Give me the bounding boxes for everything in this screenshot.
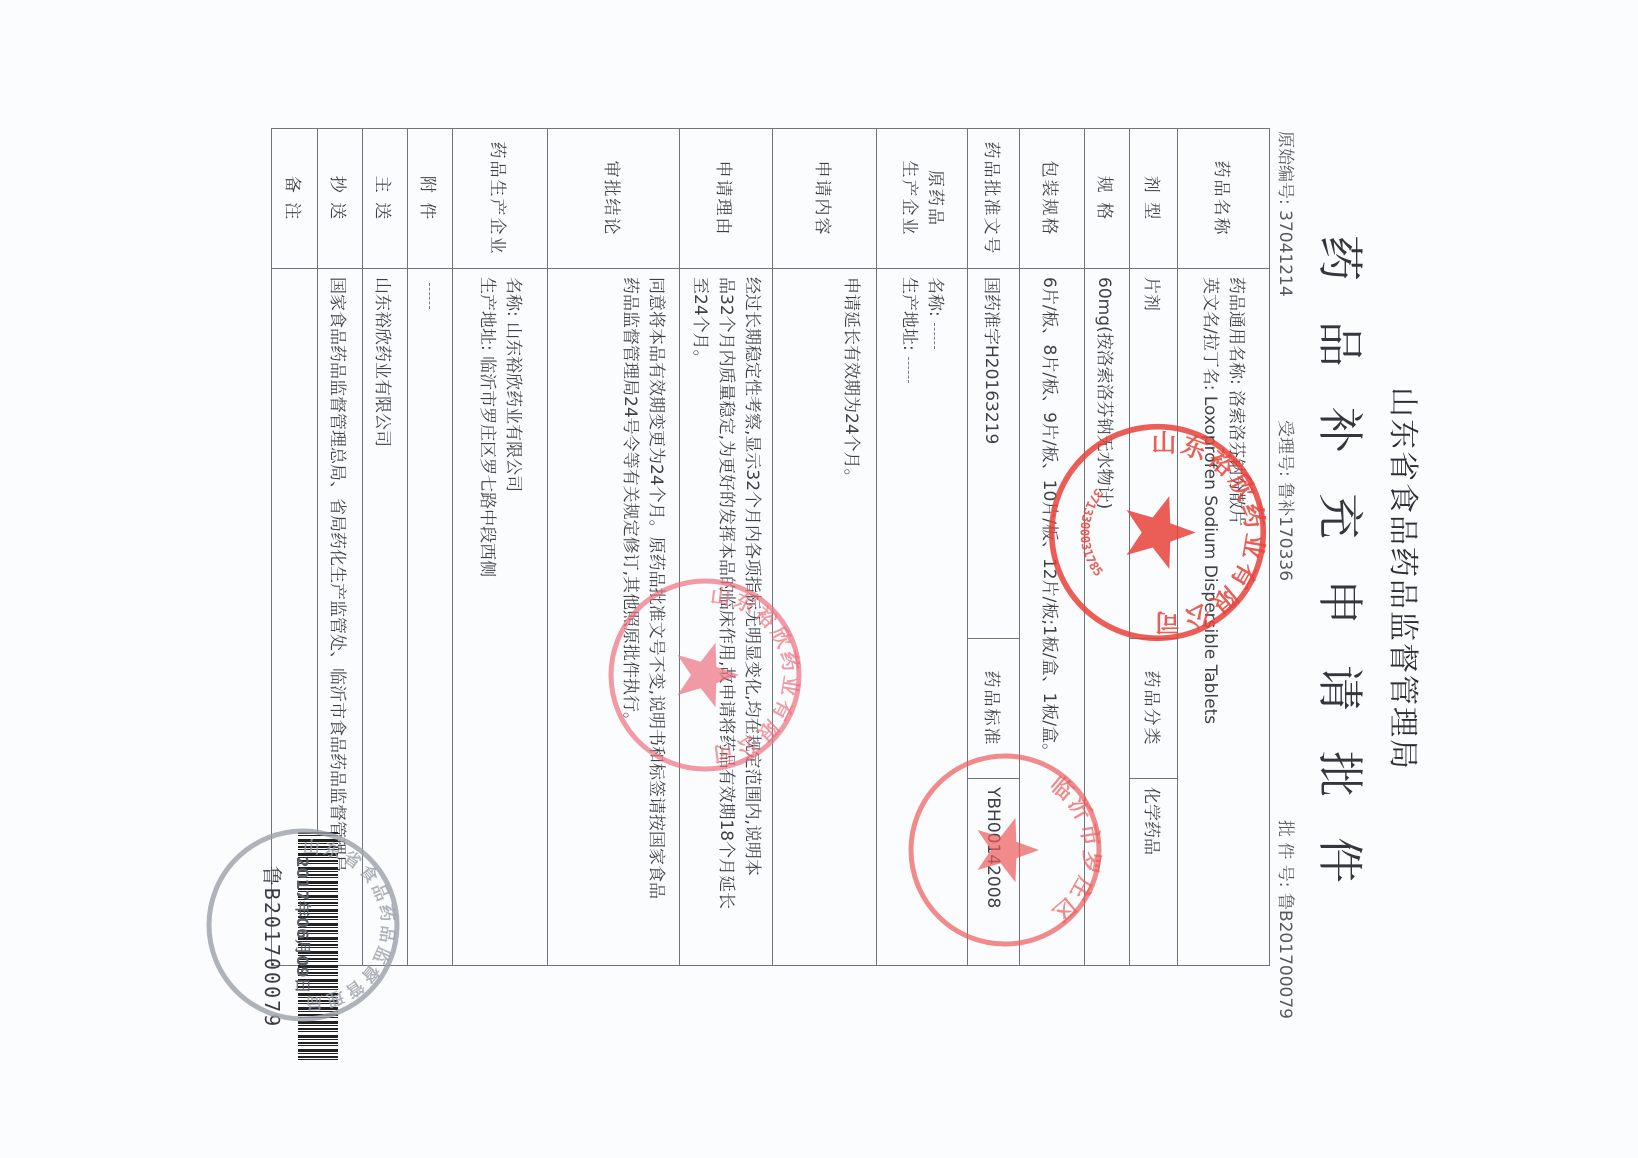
conclusion-value: 同意将本品有效期变更为24个月。原药品批准文号不变,说明书和标签请按国家食品 药…: [548, 269, 680, 966]
generic-name: 药品通用名称: 洛索洛芬钠分散片: [1224, 277, 1250, 957]
issuing-agency: 山东省食品药品监督管理局: [1384, 0, 1428, 1158]
original-number: 原始编号: 37041214: [1275, 131, 1300, 297]
label-remarks: 备 注: [272, 129, 318, 269]
label-main-recipient: 主 送: [363, 129, 408, 269]
approval-table: 药品名称 药品通用名称: 洛索洛芬钠分散片 英文名/拉丁名: Loxoprofe…: [271, 128, 1270, 966]
main-recipient-value: 山东裕欣药业有限公司: [363, 269, 408, 966]
label-drug-name: 药品名称: [1178, 129, 1270, 269]
label-conclusion: 审批结论: [548, 129, 680, 269]
attachment-value: [408, 269, 453, 966]
packaging-value: 6片/板、8片/板、9片/板、10片/板、12片/板;1板/盒、1板/盒。: [1020, 269, 1085, 966]
api-address: 生产地址:: [896, 277, 922, 957]
label-api-manufacturer: 原药品 生产企业: [877, 129, 968, 269]
manufacturer-address: 生产地址: 临沂市罗庄区罗七路中段西侧: [474, 277, 500, 957]
row-conclusion: 审批结论 同意将本品有效期变更为24个月。原药品批准文号不变,说明书和标签请按国…: [548, 129, 680, 966]
document-title: 药品补充申请批件: [1310, 0, 1376, 1158]
row-specification: 规 格 60mg(按洛索洛芬钠无水物计): [1085, 129, 1130, 966]
label-manufacturer: 药品生产企业: [453, 129, 548, 269]
manufacturer-name: 名称: 山东裕欣药业有限公司: [500, 277, 526, 957]
label-drug-category: 药品分类: [1130, 639, 1178, 779]
label-approval-doc: 药品批准文号: [968, 129, 1020, 269]
drug-category-value: 化学药品: [1130, 779, 1178, 966]
approval-document: 山东省食品药品监督管理局 药品补充申请批件 原始编号: 37041214 受理号…: [0, 0, 1638, 1158]
row-application-content: 申请内容 申请延长有效期为24个月。: [773, 129, 877, 966]
label-specification: 规 格: [1085, 129, 1130, 269]
label-packaging: 包装规格: [1020, 129, 1085, 269]
row-dosage-form: 剂 型 片剂 药品分类 化学药品: [1130, 129, 1178, 966]
api-name: 名称:: [922, 277, 948, 957]
approval-number: 批 件 号: 鲁B201700079: [1275, 820, 1300, 1019]
label-application-reason: 申请理由: [680, 129, 773, 269]
specification-value: 60mg(按洛索洛芬钠无水物计): [1085, 269, 1130, 966]
barcode: [298, 832, 338, 1062]
application-reason-value: 经过长期稳定性考察,显示32个月内各项指标无明显变化,均在规定范围内,说明本 品…: [680, 269, 773, 966]
row-packaging: 包装规格 6片/板、8片/板、9片/板、10片/板、12片/板;1板/盒、1板/…: [1020, 129, 1085, 966]
approval-doc-value: 国药准字H20163219: [968, 269, 1020, 639]
label-drug-standard: 药品标准: [968, 639, 1020, 779]
english-name: 英文名/拉丁名: Loxoprofen Sodium Dispersible T…: [1198, 277, 1224, 957]
application-content-value: 申请延长有效期为24个月。: [773, 269, 877, 966]
acceptance-number: 受理号: 鲁补170336: [1275, 420, 1300, 581]
label-application-content: 申请内容: [773, 129, 877, 269]
row-main-recipient: 主 送 山东裕欣药业有限公司: [363, 129, 408, 966]
label-cc: 抄 送: [318, 129, 363, 269]
row-attachment: 附 件: [408, 129, 453, 966]
label-dosage-form: 剂 型: [1130, 129, 1178, 269]
dosage-form-value: 片剂: [1130, 269, 1178, 639]
label-attachment: 附 件: [408, 129, 453, 269]
row-manufacturer: 药品生产企业 名称: 山东裕欣药业有限公司 生产地址: 临沂市罗庄区罗七路中段西…: [453, 129, 548, 966]
row-drug-name: 药品名称 药品通用名称: 洛索洛芬钠分散片 英文名/拉丁名: Loxoprofe…: [1178, 129, 1270, 966]
drug-standard-value: YBH00142008: [968, 779, 1020, 966]
row-application-reason: 申请理由 经过长期稳定性考察,显示32个月内各项指标无明显变化,均在规定范围内,…: [680, 129, 773, 966]
row-approval-doc: 药品批准文号 国药准字H20163219 药品标准 YBH00142008: [968, 129, 1020, 966]
barcode-number: 鲁B201700079: [259, 832, 288, 1062]
row-api-manufacturer: 原药品 生产企业 名称: 生产地址:: [877, 129, 968, 966]
